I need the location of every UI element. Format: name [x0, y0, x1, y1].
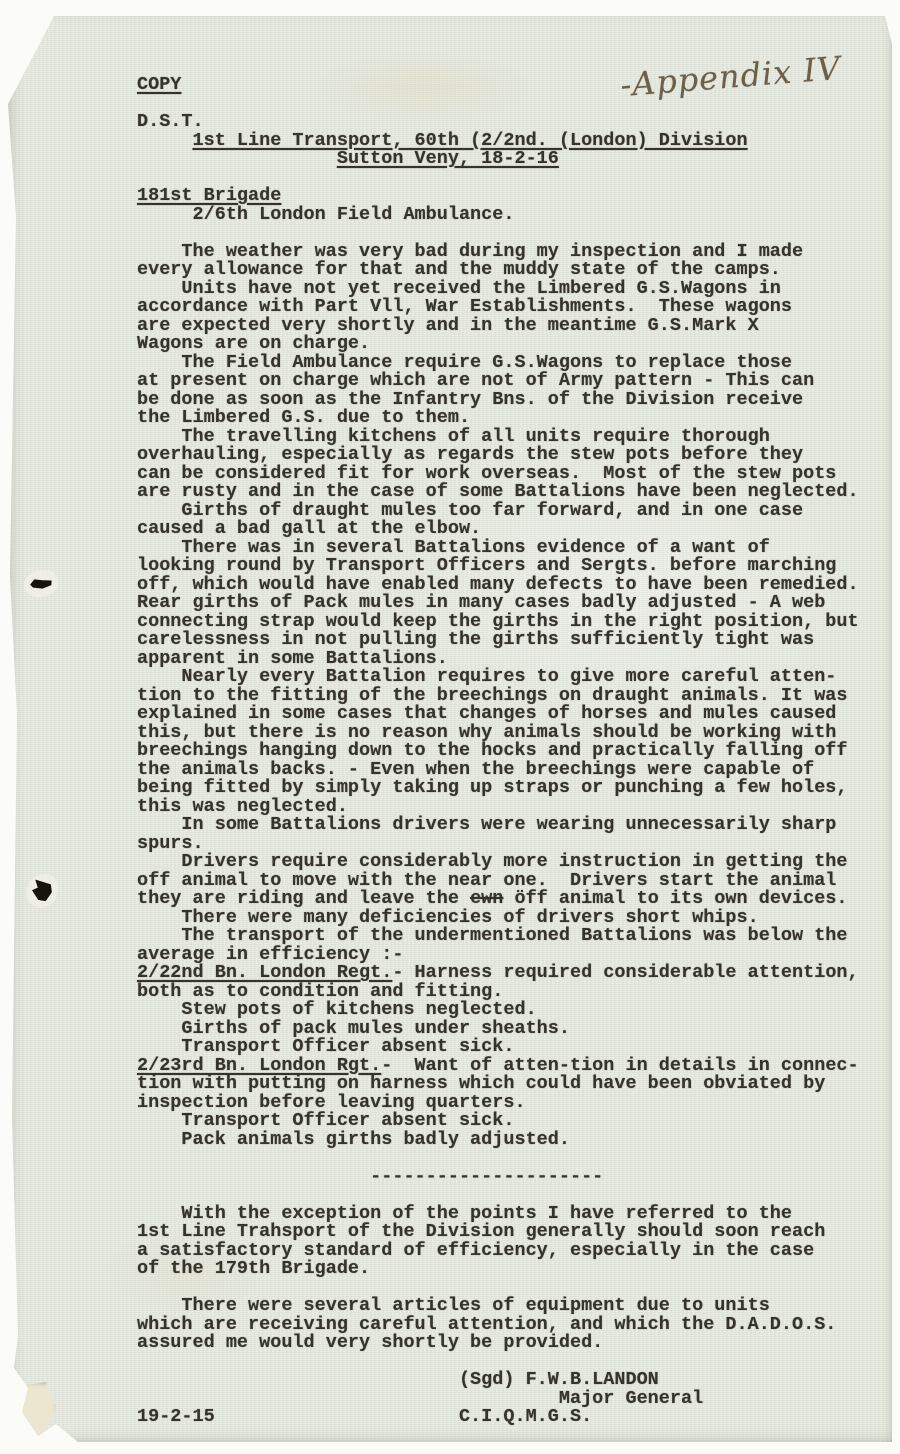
typed-line-56: Transport Officer absent sick. [137, 1112, 859, 1131]
typed-line-57: Pack animals girths badly adjusted. [137, 1131, 859, 1150]
typed-line-30: carelessness in not pulling the girths s… [137, 631, 859, 650]
typed-line-64: of the 179th Brigade. [137, 1260, 859, 1279]
typed-line-54: tion with putting on harness which could… [137, 1075, 859, 1094]
typed-line-8 [137, 224, 859, 243]
typed-line-60 [137, 1186, 859, 1205]
paper-sheet: -Appendix IV COPYD.S.T. 1st Line Transpo… [8, 16, 892, 1442]
typed-line-10: every allowance for that and the muddy s… [137, 261, 859, 280]
typed-line-28: Rear girths of Pack mules in many cases … [137, 594, 859, 613]
typed-text-block: COPYD.S.T. 1st Line Transport, 60th (2/2… [137, 76, 859, 1427]
typed-line-24: caused a bad gall at the elbow. [137, 520, 859, 539]
typed-line-6: 181st Brigade [137, 187, 859, 206]
torn-corner [10, 1382, 56, 1438]
typed-line-44: they are riding and leave the ewn öff an… [137, 890, 859, 909]
typed-line-62: 1st Line Trahsport of the Division gener… [137, 1223, 859, 1242]
typed-line-4: Sutton Veny, 18-2-16 [137, 150, 859, 169]
typed-line-1 [137, 95, 859, 114]
typed-line-42: Drivers require considerably more instru… [137, 853, 859, 872]
typed-line-18: the Limbered G.S. due to them. [137, 409, 859, 428]
typed-line-36: breechings hanging down to the hocks and… [137, 742, 859, 761]
typed-line-7: 2/6th London Field Ambulance. [137, 206, 859, 225]
typed-line-48: 2/22nd Bn. London Regt.- Harness require… [137, 964, 859, 983]
typed-line-50: Stew pots of kitchens neglected. [137, 1001, 859, 1020]
typed-line-46: The transport of the undermentioned Batt… [137, 927, 859, 946]
typed-line-26: looking round by Transport Officers and … [137, 557, 859, 576]
typed-line-34: explained in some cases that changes of … [137, 705, 859, 724]
typed-line-32: Nearly every Battalion requires to give … [137, 668, 859, 687]
typed-line-12: accordance with Part Vll, War Establishm… [137, 298, 859, 317]
typed-line-66: There were several articles of equipment… [137, 1297, 859, 1316]
typed-line-0: COPY [137, 76, 859, 95]
typed-line-14: Wagons are on charge. [137, 335, 859, 354]
typed-line-70: (Sgd) F.W.B.LANDON [137, 1371, 859, 1390]
typed-line-40: In some Battalions drivers were wearing … [137, 816, 859, 835]
document-scan: -Appendix IV COPYD.S.T. 1st Line Transpo… [0, 0, 900, 1454]
typed-line-22: are rusty and in the case of some Battal… [137, 483, 859, 502]
typed-line-20: overhauling, especially as regards the s… [137, 446, 859, 465]
binding-hole-bottom [32, 880, 52, 901]
typed-line-68: assured me would very shortly be provide… [137, 1334, 859, 1353]
binding-hole-top [30, 576, 52, 591]
typed-line-38: being fitted by simply taking up straps … [137, 779, 859, 798]
typed-line-16: at present on charge which are not of Ar… [137, 372, 859, 391]
scan-background: { "annotation": { "text": "-Appendix IV"… [0, 0, 900, 1454]
typed-line-58 [137, 1149, 859, 1168]
typed-line-72: 19-2-15 C.I.Q.M.G.S. [137, 1408, 859, 1427]
typed-line-59: --------------------- [137, 1168, 859, 1187]
